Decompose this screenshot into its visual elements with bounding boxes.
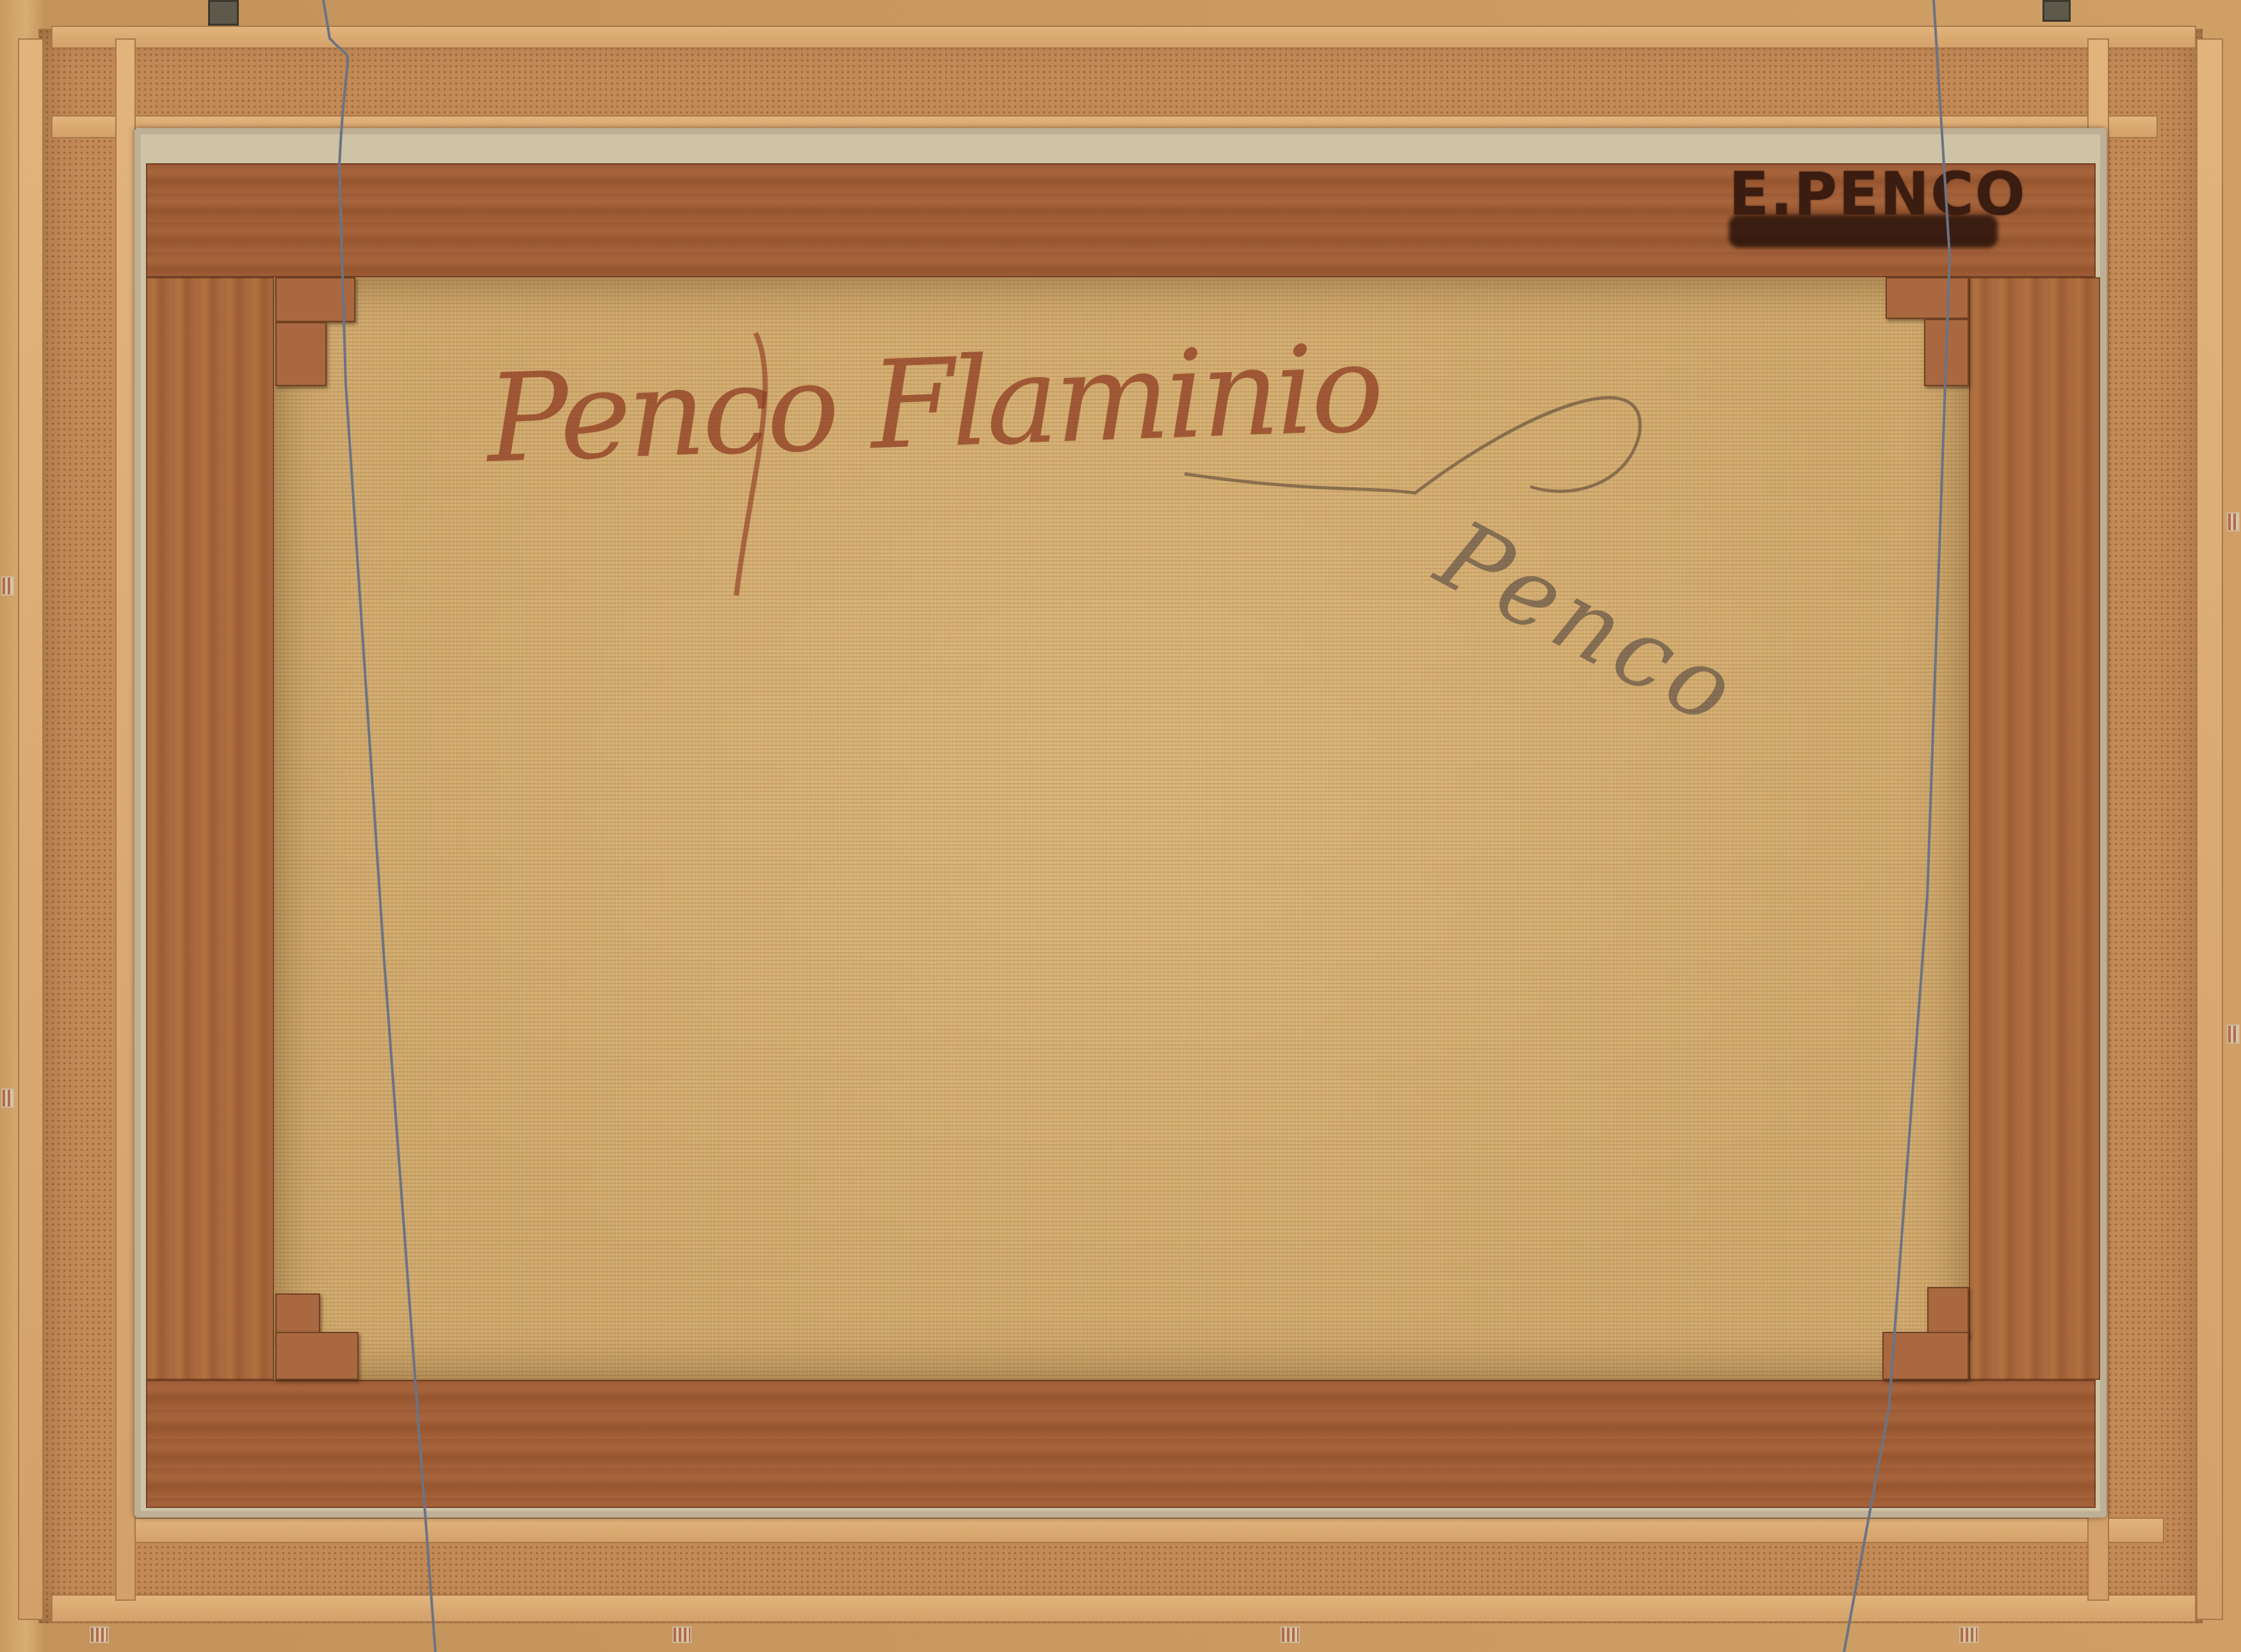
pencil-flourish: [1185, 398, 1640, 493]
hanging-wire: [0, 0, 2241, 1652]
chalk-flourish: [736, 333, 765, 595]
